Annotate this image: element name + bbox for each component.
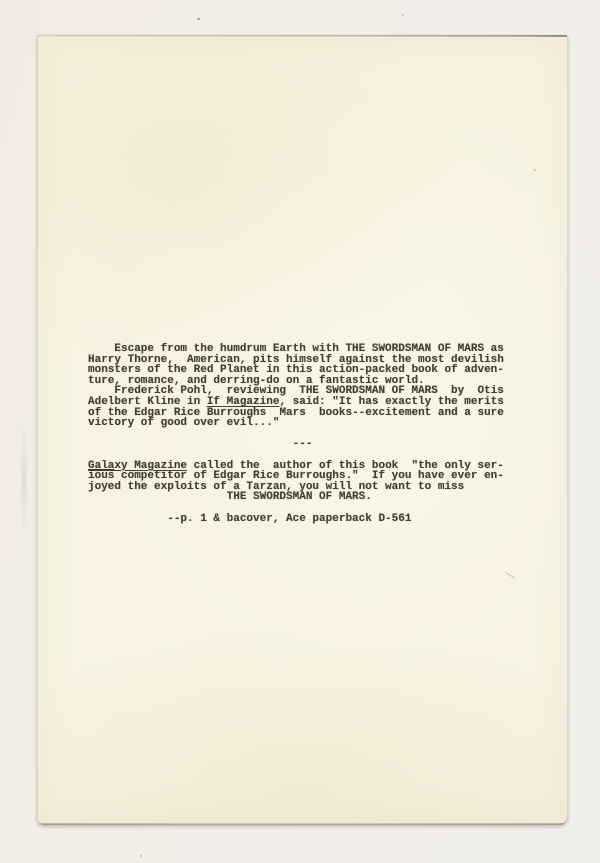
page-top-edge [55,35,567,37]
text-segment: --p. 1 & bacover, Ace paperback D-561 [88,513,411,525]
scratch-mark [506,572,516,579]
dust-speck [534,169,536,171]
dust-speck [140,855,142,857]
separator-dashes: --- [88,439,518,450]
text-segment: Mars books--excitement and a sure [266,407,504,419]
source-credit-line: --p. 1 & bacover, Ace paperback D-561 [88,514,518,525]
scanned-page: Escape from the humdrum Earth with THE S… [37,35,568,825]
text-segment: victory of good over evil..." [88,417,279,429]
text-line: victory of good over evil..." [88,418,518,429]
scanner-background: { "scan": { "background_color": "#f1eee9… [0,0,600,863]
scanner-smudge [21,420,27,540]
dust-speck [402,14,404,16]
dust-speck [197,18,200,20]
page-bottom-edge [41,823,564,825]
dust-speck [160,471,162,473]
text-segment: --- [88,438,312,450]
text-segment: THE SWORDSMAN OF MARS. [88,491,372,503]
book-title-line: THE SWORDSMAN OF MARS. [88,492,518,503]
typewritten-text: Escape from the humdrum Earth with THE S… [88,344,518,524]
